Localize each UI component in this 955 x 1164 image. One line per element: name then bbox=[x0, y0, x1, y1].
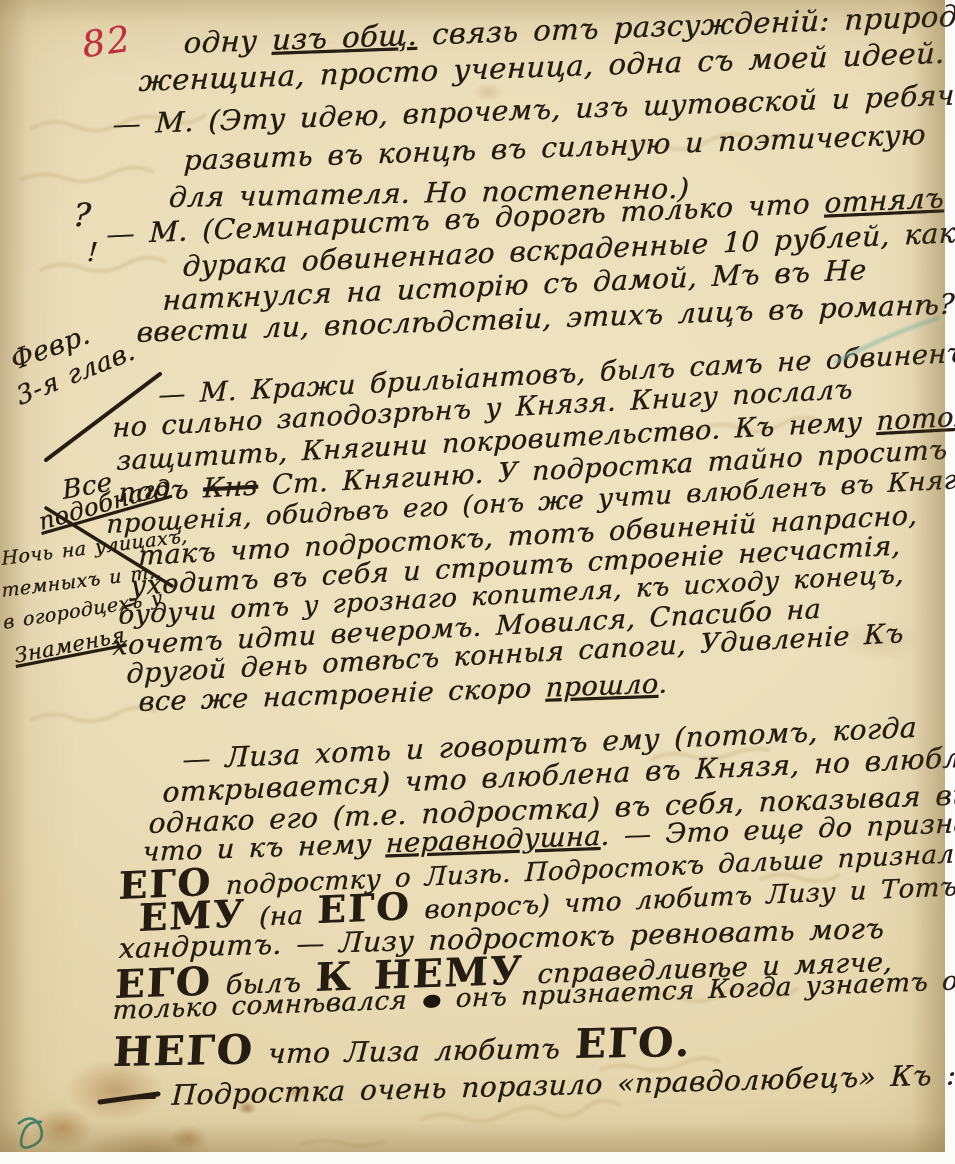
ink-blot bbox=[423, 994, 440, 1008]
margin-note: ! bbox=[86, 238, 99, 268]
margin-note: ? bbox=[72, 196, 92, 234]
page-number: 82 bbox=[79, 19, 134, 67]
